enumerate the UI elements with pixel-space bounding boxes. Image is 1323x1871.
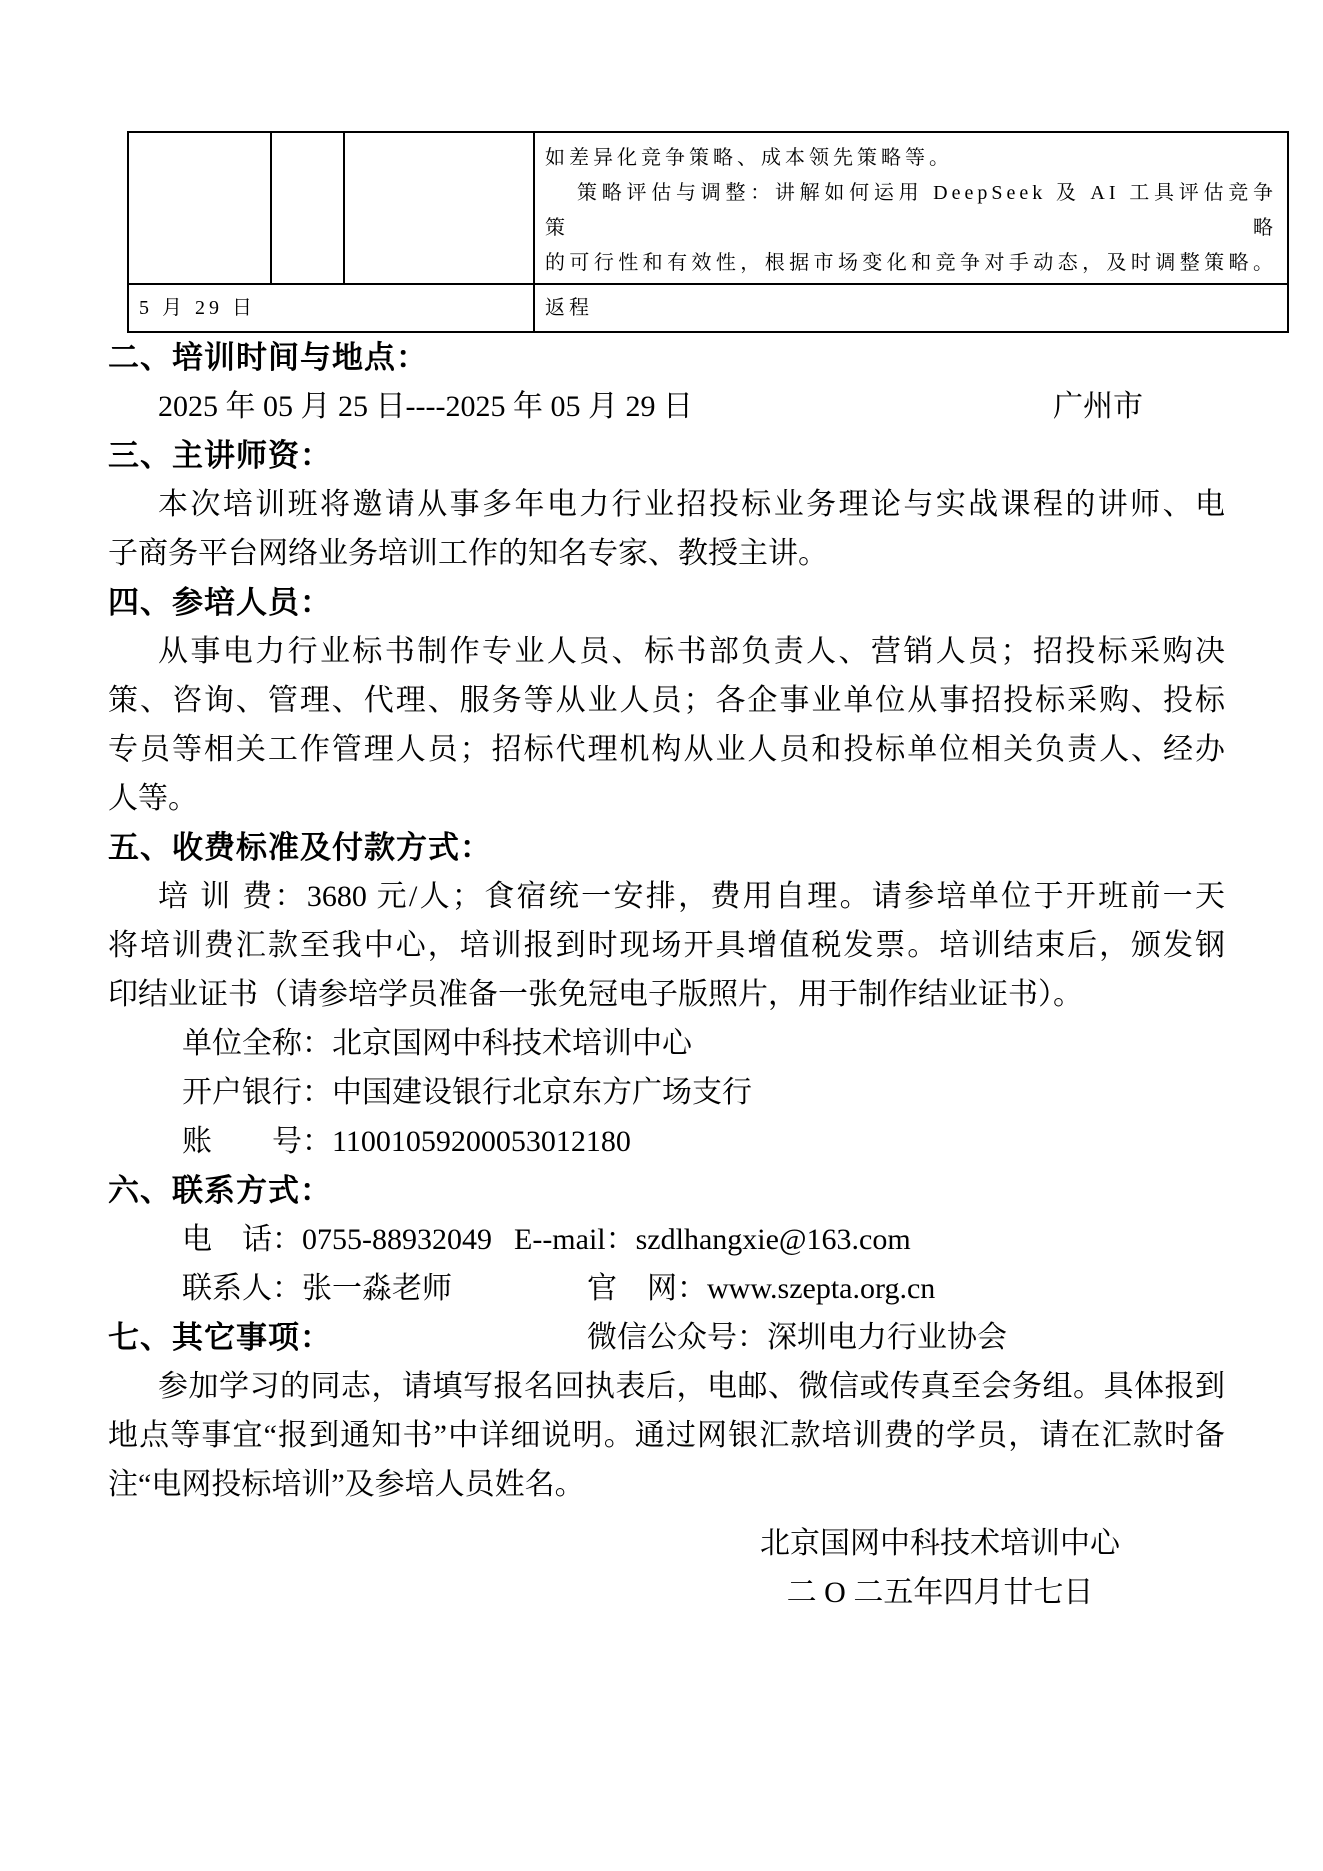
schedule-activity-cell: 返程 <box>534 284 1288 332</box>
paragraph-line: 地点等事宜“报到通知书”中详细说明。通过网银汇款培训费的学员，请在汇款时备 <box>108 1411 1225 1460</box>
section-heading-lecturers: 三、主讲师资： <box>108 431 1225 480</box>
schedule-topic-cell-empty <box>344 132 534 284</box>
paragraph-line: 子商务平台网络业务培训工作的知名专家、教授主讲。 <box>108 529 1225 578</box>
schedule-content-line: 如差异化竞争策略、成本领先策略等。 <box>545 135 1277 176</box>
training-city: 广州市 <box>1003 382 1143 431</box>
schedule-content-cell: 如差异化竞争策略、成本领先策略等。 策略评估与调整：讲解如何运用 DeepSee… <box>534 132 1288 284</box>
schedule-content-line: 的可行性和有效性，根据市场变化和竞争对手动态，及时调整策略。 <box>545 246 1277 281</box>
bank-unit-name-line: 单位全称：北京国网中科技术培训中心 <box>108 1019 1225 1068</box>
table-row: 5 月 29 日 返程 <box>128 284 1288 332</box>
schedule-session-cell-empty <box>271 132 344 284</box>
contact-phone: 电 话：0755-88932049 <box>182 1223 492 1256</box>
schedule-table: 如差异化竞争策略、成本领先策略等。 策略评估与调整：讲解如何运用 DeepSee… <box>127 131 1289 333</box>
bank-account-line: 账 号：11001059200053012180 <box>108 1117 1225 1166</box>
table-row: 如差异化竞争策略、成本领先策略等。 策略评估与调整：讲解如何运用 DeepSee… <box>128 132 1288 284</box>
paragraph-line: 人等。 <box>108 774 1225 823</box>
paragraph-line: 培 训 费：3680 元/人；食宿统一安排，费用自理。请参培单位于开班前一天 <box>108 872 1225 921</box>
paragraph-line: 印结业证书（请参培学员准备一张免冠电子版照片，用于制作结业证书）。 <box>108 970 1225 1019</box>
section-heading-contact: 六、联系方式： <box>108 1166 1225 1215</box>
schedule-date-cell: 5 月 29 日 <box>128 284 534 332</box>
signature-organization: 北京国网中科技术培训中心 <box>745 1519 1135 1568</box>
paragraph-line: 本次培训班将邀请从事多年电力行业招投标业务理论与实战课程的讲师、电 <box>108 480 1225 529</box>
paragraph-line: 参加学习的同志，请填写报名回执表后，电邮、微信或传真至会务组。具体报到 <box>108 1362 1225 1411</box>
section-heading-participants: 四、参培人员： <box>108 578 1225 627</box>
paragraph-line: 注“电网投标培训”及参培人员姓名。 <box>108 1460 1225 1509</box>
signature-date: 二 O 二五年四月廿七日 <box>745 1568 1135 1617</box>
section-heading-time-place: 二、培训时间与地点： <box>108 333 1225 382</box>
contact-website: 官 网：www.szepta.org.cn <box>587 1264 935 1313</box>
schedule-content-line: 策略评估与调整：讲解如何运用 DeepSeek 及 AI 工具评估竞争策略 <box>545 176 1277 246</box>
bank-name-line: 开户银行：中国建设银行北京东方广场支行 <box>108 1068 1225 1117</box>
training-notice-page: 如差异化竞争策略、成本领先策略等。 策略评估与调整：讲解如何运用 DeepSee… <box>0 0 1323 1617</box>
paragraph-line: 将培训费汇款至我中心，培训报到时现场开具增值税发票。培训结束后，颁发钢 <box>108 921 1225 970</box>
contact-wechat: 微信公众号：深圳电力行业协会 <box>587 1313 1007 1362</box>
paragraph-line: 策、咨询、管理、代理、服务等从业人员；各企事业单位从事招投标采购、投标 <box>108 676 1225 725</box>
contact-email: E--mail：szdlhangxie@163.com <box>514 1215 911 1264</box>
paragraph-line: 专员等相关工作管理人员；招标代理机构从业人员和投标单位相关负责人、经办 <box>108 725 1225 774</box>
training-dates-line: 2025 年 05 月 25 日----2025 年 05 月 29 日 广州市 <box>108 382 1225 431</box>
signature-block: 北京国网中科技术培训中心 二 O 二五年四月廿七日 <box>745 1519 1135 1617</box>
contact-person: 联系人：张一淼老师 <box>182 1272 452 1305</box>
training-dates: 2025 年 05 月 25 日----2025 年 05 月 29 日 <box>158 390 693 423</box>
paragraph-line: 从事电力行业标书制作专业人员、标书部负责人、营销人员；招投标采购决 <box>108 627 1225 676</box>
contact-row: 联系人：张一淼老师 官 网：www.szepta.org.cn <box>108 1264 1225 1313</box>
schedule-date-cell-empty <box>128 132 271 284</box>
contact-row: 电 话：0755-88932049 E--mail：szdlhangxie@16… <box>108 1215 1225 1264</box>
section-heading-fees: 五、收费标准及付款方式： <box>108 823 1225 872</box>
